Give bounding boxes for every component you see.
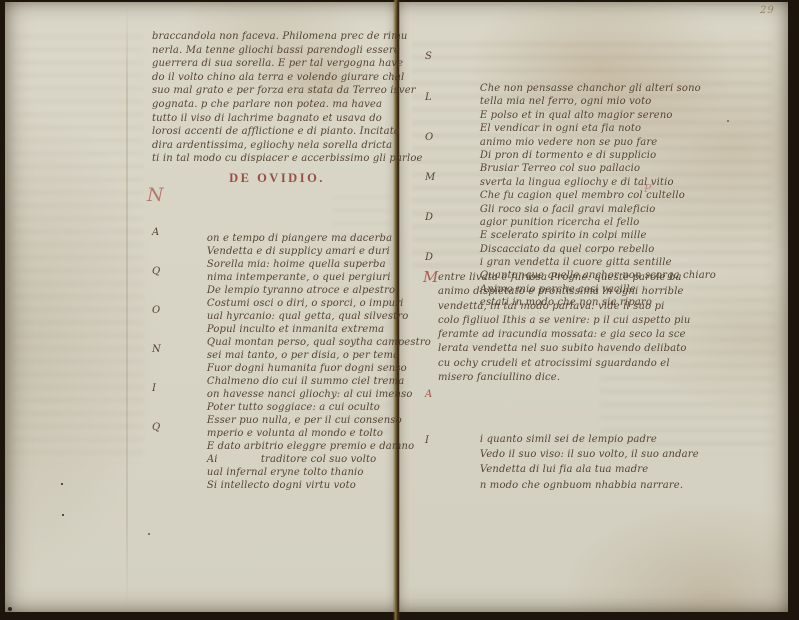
verse-line: Animo mio perche cosi vacille (438, 239, 698, 252)
prose-line: feramte ad iracundia mossata: e gia seco… (438, 328, 708, 342)
prose-line: guerrera di sua sorella. E per tal vergo… (152, 57, 414, 71)
ink-speck (8, 607, 12, 611)
verse-initial: I (425, 435, 429, 446)
verse-text: Si intellecto dogni virtu voto (207, 480, 356, 491)
verse-line: Qual montan perso, qual soytha campestro (165, 292, 415, 305)
ink-speck (61, 483, 63, 485)
verse-initial: N (147, 184, 164, 206)
verse-line: Brusiar Terreo col suo pallacio (438, 118, 698, 131)
rubric-initial: M (423, 268, 439, 286)
verse-line: Chalmeno dio cui il summo ciel trema (165, 331, 415, 344)
verse-line: Q ual infernal eryne tolto thanio (165, 422, 415, 435)
prose-line: vendetta, in tal modo parlava: vide il s… (438, 300, 708, 314)
verse-initial: D (425, 252, 433, 263)
verse-line: E polso et in qual alto magior sereno (438, 65, 698, 78)
ink-speck (727, 120, 729, 122)
verse-line: O sei mai tanto, o per disia, o per tema (165, 305, 415, 318)
verse-initial: S (425, 51, 432, 62)
paragraph-mark: P (644, 182, 651, 195)
prose-line: dira ardentissima, egliochy nela sorella… (152, 139, 414, 153)
verse-initial: I (152, 383, 156, 394)
closing-verse-block: A i quanto simil sei de lempio padre Ved… (438, 389, 698, 450)
verse-initial: A (425, 389, 432, 400)
verse-line: A i quanto simil sei de lempio padre (438, 389, 698, 404)
prose-line: nerla. Ma tenne gliochi bassi parendogli… (152, 44, 414, 58)
verse-text: n modo che ognbuom nhabbia narrare. (480, 480, 683, 491)
manuscript-photo: braccandola non faceva. Philomena prec d… (0, 0, 799, 620)
verse-line: Poter tutto soggiace: a cui oculto (165, 357, 415, 370)
verse-line: E scelerato spirito in colpi mille (438, 185, 698, 198)
verse-line: M agior punition ricercha el fello (438, 172, 698, 185)
ink-speck (148, 533, 150, 535)
prose-line: braccandola non faceva. Philomena prec d… (152, 30, 414, 44)
verse-line: D estati in modo che non sia riparo (438, 252, 698, 265)
verse-initial: Q (152, 266, 160, 277)
prose-line: do il volto chino ala terra e volendo gi… (152, 71, 414, 85)
left-verse-block: N on e tempo di piangere ma dacerba Vend… (165, 188, 415, 448)
verse-line: S tella mia nel ferro, ogni mio voto (438, 51, 698, 64)
page-fold-line (126, 2, 128, 612)
verse-line: Vendetta e di supplicy amari e duri (165, 201, 415, 214)
prose-line: cu ochy crudeli et atrocissimi sguardand… (438, 357, 708, 371)
prose-line: colo figliuol Ithis a se venire: p il cu… (438, 314, 708, 328)
prose-line: tutto il viso di lachrime bagnato et usa… (152, 112, 414, 126)
verse-line: Esser puo nulla, e per il cui consenso (165, 370, 415, 383)
left-prose-block: braccandola non faceva. Philomena prec d… (152, 30, 414, 166)
verse-line: I n modo che ognbuom nhabbia narrare. (438, 435, 698, 450)
verse-line: E dato arbitrio eleggre premio e damno (165, 396, 415, 409)
verse-initial: O (425, 132, 433, 143)
verse-line: Gli roco sia o facil gravi maleficio (438, 159, 698, 172)
verse-line: Quantunque quelle anchor non scorga chia… (438, 225, 698, 238)
prose-line: entre livata e furiosa Progne: queste pa… (438, 271, 708, 285)
verse-line: El vendicar in ogni eta fia noto (438, 78, 698, 91)
prose-line: ti in tal modo cu dispiacer e accerbissi… (152, 152, 414, 166)
verse-initial: N (152, 344, 161, 355)
verse-line: Vendetta di lui fia ala tua madre (438, 419, 698, 434)
verse-line: De lempio tyranno atroce e alpestro (165, 240, 415, 253)
verse-initial: L (425, 92, 432, 103)
prose-line: misero fanciullino dice. (438, 371, 708, 385)
verse-line: D i gran vendetta il cuore gitta sentill… (438, 212, 698, 225)
verse-initial: D (425, 212, 433, 223)
ink-speck (62, 514, 64, 516)
verse-line: Sorella mia: hoime quella superba (165, 214, 415, 227)
verse-initial: O (152, 305, 160, 316)
prose-line: gognata. p che parlare non potea. ma hav… (152, 98, 414, 112)
rubric-heading: DE OVIDIO. (152, 171, 402, 186)
verse-line: Discacciato da quel corpo rebello (438, 199, 698, 212)
prose-line: lorosi accenti de afflictione e di piant… (152, 125, 414, 139)
verse-line: Fuor dogni humanita fuor dogni senso (165, 318, 415, 331)
verse-initial: M (425, 172, 435, 183)
right-prose-block: M entre livata e furiosa Progne: queste … (438, 271, 708, 385)
verse-line: Che fu cagion quel membro col cultello (438, 145, 698, 158)
verse-line: N on havesse nanci gliochy: al cui imens… (165, 344, 415, 357)
verse-line: L animo mio vedere non se puo fare (438, 92, 698, 105)
verse-line: Che non pensasse chanchor gli alteri son… (438, 38, 698, 51)
verse-line: O sverta la lingua egliochy e di tal vit… (438, 132, 698, 145)
verse-line: Vedo il suo viso: il suo volto, il suo a… (438, 404, 698, 419)
folio-number: 29 (760, 5, 775, 16)
verse-initial: A (152, 227, 159, 238)
verse-line: Si intellecto dogni virtu voto (165, 435, 415, 448)
verse-line: I mperio e volunta al mondo e tolto (165, 383, 415, 396)
verse-line: A nima intemperante, o quei pergiuri (165, 227, 415, 240)
verse-line: Q ual hyrcanio: qual getta, qual silvest… (165, 266, 415, 279)
prose-line: animo dispietato e prontissima in ogni h… (438, 285, 708, 299)
verse-line: N on e tempo di piangere ma dacerba (165, 188, 415, 201)
verse-line: Popul inculto et inmanita extrema (165, 279, 415, 292)
prose-line: lerata vendetta nel suo subito havendo d… (438, 342, 708, 356)
right-verse-block: Che non pensasse chanchor gli alteri son… (438, 38, 698, 266)
verse-initial: Q (152, 422, 160, 433)
verse-line: Costumi osci o diri, o sporci, o impuri (165, 253, 415, 266)
verse-line: Ai traditore col suo volto (165, 409, 415, 422)
prose-line: suo mal grato e per forza era stata da T… (152, 84, 414, 98)
verse-line: Di pron di tormento e di supplicio (438, 105, 698, 118)
